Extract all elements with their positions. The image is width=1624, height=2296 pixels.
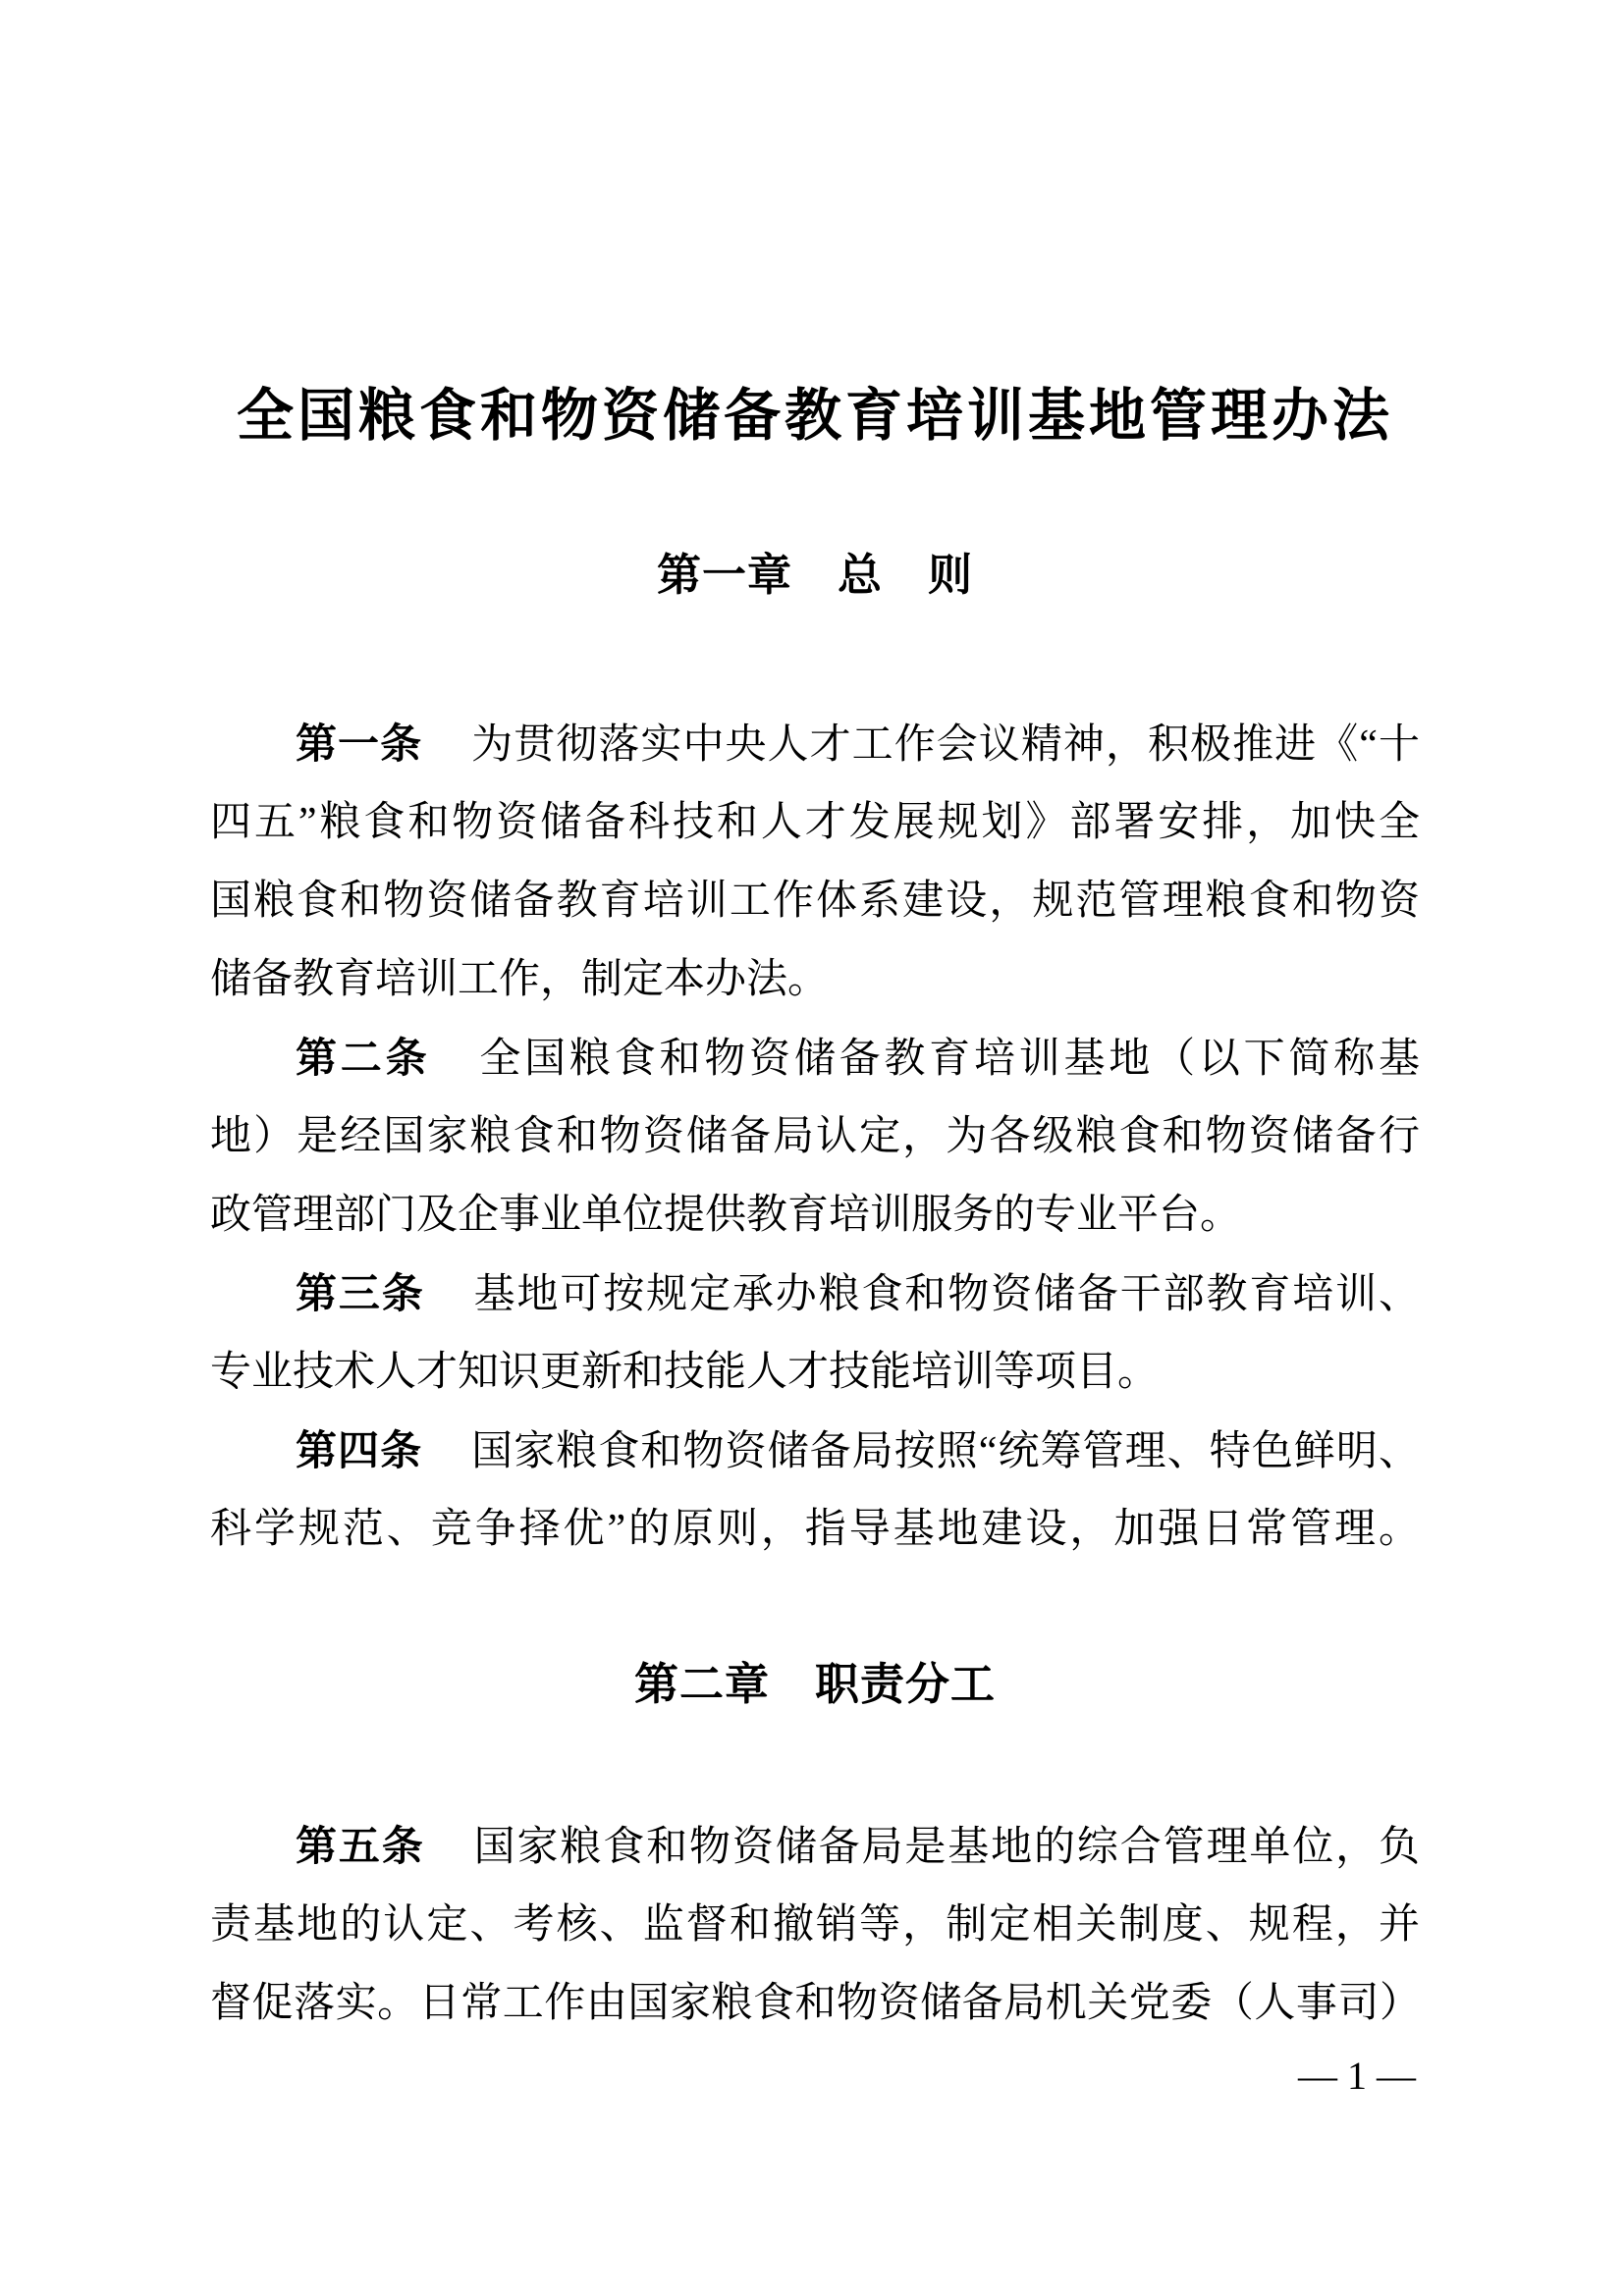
document-page: 全国粮食和物资储备教育培训基地管理办法 第一章 总 则 第一条为贯彻落实中央人才… bbox=[0, 0, 1624, 2296]
article-5-num: 第五条 bbox=[296, 1823, 425, 1869]
article-3: 第三条基地可按规定承办粮食和物资储备干部教育培训、 专业技术人才知识更新和技能人… bbox=[210, 1255, 1420, 1412]
article-1-line-0-text: 为贯彻落实中央人才工作会议精神，积极推进《“十 bbox=[471, 722, 1420, 768]
article-5-line-1: 责基地的认定、考核、监督和撤销等，制定相关制度、规程，并 bbox=[210, 1886, 1420, 1964]
article-1: 第一条为贯彻落实中央人才工作会议精神，积极推进《“十 四五”粮食和物资储备科技和… bbox=[210, 705, 1420, 1019]
article-2-line-2: 政管理部门及企事业单位提供教育培训服务的专业平台。 bbox=[210, 1176, 1420, 1255]
article-3-num: 第三条 bbox=[296, 1270, 425, 1316]
article-5: 第五条国家粮食和物资储备局是基地的综合管理单位，负 责基地的认定、考核、监督和撤… bbox=[210, 1807, 1420, 2043]
article-1-num: 第一条 bbox=[296, 721, 422, 767]
article-2-num: 第二条 bbox=[296, 1035, 430, 1081]
article-5-line-0-text: 国家粮食和物资储备局是基地的综合管理单位，负 bbox=[474, 1825, 1420, 1870]
article-5-line-0: 第五条国家粮食和物资储备局是基地的综合管理单位，负 bbox=[210, 1807, 1420, 1886]
article-2: 第二条全国粮食和物资储备教育培训基地（以下简称基 地）是经国家粮食和物资储备局认… bbox=[210, 1019, 1420, 1255]
chapter-1-heading: 第一章 总 则 bbox=[210, 546, 1420, 605]
article-3-line-0-text: 基地可按规定承办粮食和物资储备干部教育培训、 bbox=[474, 1272, 1420, 1317]
chapter-2-heading: 第二章 职责分工 bbox=[210, 1655, 1420, 1714]
article-4-line-1: 科学规范、竞争择优”的原则，指导基地建设，加强日常管理。 bbox=[210, 1490, 1420, 1569]
article-4-num: 第四条 bbox=[296, 1427, 422, 1473]
article-2-line-0-text: 全国粮食和物资储备教育培训基地（以下简称基 bbox=[479, 1037, 1420, 1082]
article-4-line-0: 第四条国家粮食和物资储备局按照“统筹管理、特色鲜明、 bbox=[210, 1412, 1420, 1490]
article-2-line-1: 地）是经国家粮食和物资储备局认定，为各级粮食和物资储备行 bbox=[210, 1097, 1420, 1176]
article-1-line-1: 四五”粮食和物资储备科技和人才发展规划》部署安排，加快全 bbox=[210, 783, 1420, 862]
article-1-line-3: 储备教育培训工作，制定本办法。 bbox=[210, 940, 1420, 1019]
article-3-line-1: 专业技术人才知识更新和技能人才技能培训等项目。 bbox=[210, 1333, 1420, 1412]
article-4: 第四条国家粮食和物资储备局按照“统筹管理、特色鲜明、 科学规范、竞争择优”的原则… bbox=[210, 1412, 1420, 1569]
article-3-line-0: 第三条基地可按规定承办粮食和物资储备干部教育培训、 bbox=[210, 1255, 1420, 1333]
article-5-line-2: 督促落实。日常工作由国家粮食和物资储备局机关党委（人事司） bbox=[210, 1964, 1420, 2043]
article-4-line-0-text: 国家粮食和物资储备局按照“统筹管理、特色鲜明、 bbox=[471, 1429, 1420, 1474]
article-1-line-0: 第一条为贯彻落实中央人才工作会议精神，积极推进《“十 bbox=[210, 705, 1420, 783]
article-1-line-2: 国粮食和物资储备教育培训工作体系建设，规范管理粮食和物资 bbox=[210, 862, 1420, 940]
page-number: — 1 — bbox=[1298, 2055, 1416, 2098]
document-title: 全国粮食和物资储备教育培训基地管理办法 bbox=[210, 372, 1420, 460]
article-2-line-0: 第二条全国粮食和物资储备教育培训基地（以下简称基 bbox=[210, 1019, 1420, 1097]
